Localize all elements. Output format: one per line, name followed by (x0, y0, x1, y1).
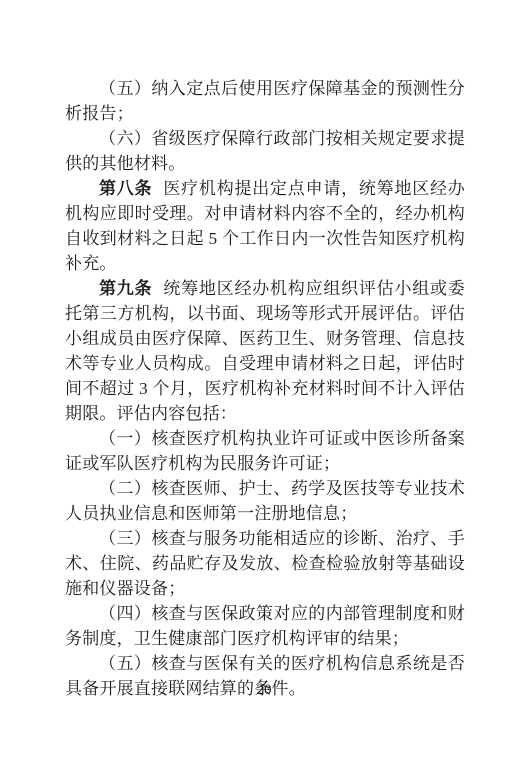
article-number: 第九条 (99, 279, 152, 298)
paragraph: （四）核查与医保政策对应的内部管理制度和财务制度，卫生健康部门医疗机构评审的结果… (65, 601, 465, 651)
paragraph-text: （六）省级医疗保障行政部门按相关规定要求提供的其他材料。 (65, 129, 465, 173)
page-footer: 20 (0, 680, 528, 700)
paragraph: （二）核查医师、护士、药学及医技等专业技术人员执业信息和医师第一注册地信息； (65, 476, 465, 526)
paragraph: （三）核查与服务功能相适应的诊断、治疗、手术、住院、药品贮存及发放、检查检验放射… (65, 526, 465, 601)
paragraph-text: （三）核查与服务功能相适应的诊断、治疗、手术、住院、药品贮存及发放、检查检验放射… (65, 529, 465, 598)
paragraph: （六）省级医疗保障行政部门按相关规定要求提供的其他材料。 (65, 126, 465, 176)
paragraph-text: （二）核查医师、护士、药学及医技等专业技术人员执业信息和医师第一注册地信息； (65, 479, 465, 523)
paragraph-text: 统筹地区经办机构应组织评估小组或委托第三方机构，以书面、现场等形式开展评估。评估… (65, 279, 465, 423)
paragraph-text: （五）纳入定点后使用医疗保障基金的预测性分析报告； (65, 79, 465, 123)
paragraph: （一）核查医疗机构执业许可证或中医诊所备案证或军队医疗机构为民服务许可证； (65, 426, 465, 476)
paragraph: （五）纳入定点后使用医疗保障基金的预测性分析报告； (65, 76, 465, 126)
page-number: 20 (257, 682, 272, 698)
paragraph-text: （四）核查与医保政策对应的内部管理制度和财务制度，卫生健康部门医疗机构评审的结果… (65, 604, 465, 648)
body-text: （五）纳入定点后使用医疗保障基金的预测性分析报告； （六）省级医疗保障行政部门按… (65, 76, 465, 701)
paragraph: 第九条统筹地区经办机构应组织评估小组或委托第三方机构，以书面、现场等形式开展评估… (65, 276, 465, 426)
document-page: （五）纳入定点后使用医疗保障基金的预测性分析报告； （六）省级医疗保障行政部门按… (0, 0, 528, 767)
article-number: 第八条 (99, 179, 152, 198)
paragraph-text: （一）核查医疗机构执业许可证或中医诊所备案证或军队医疗机构为民服务许可证； (65, 429, 465, 473)
paragraph: 第八条医疗机构提出定点申请，统筹地区经办机构应即时受理。对申请材料内容不全的，经… (65, 176, 465, 276)
